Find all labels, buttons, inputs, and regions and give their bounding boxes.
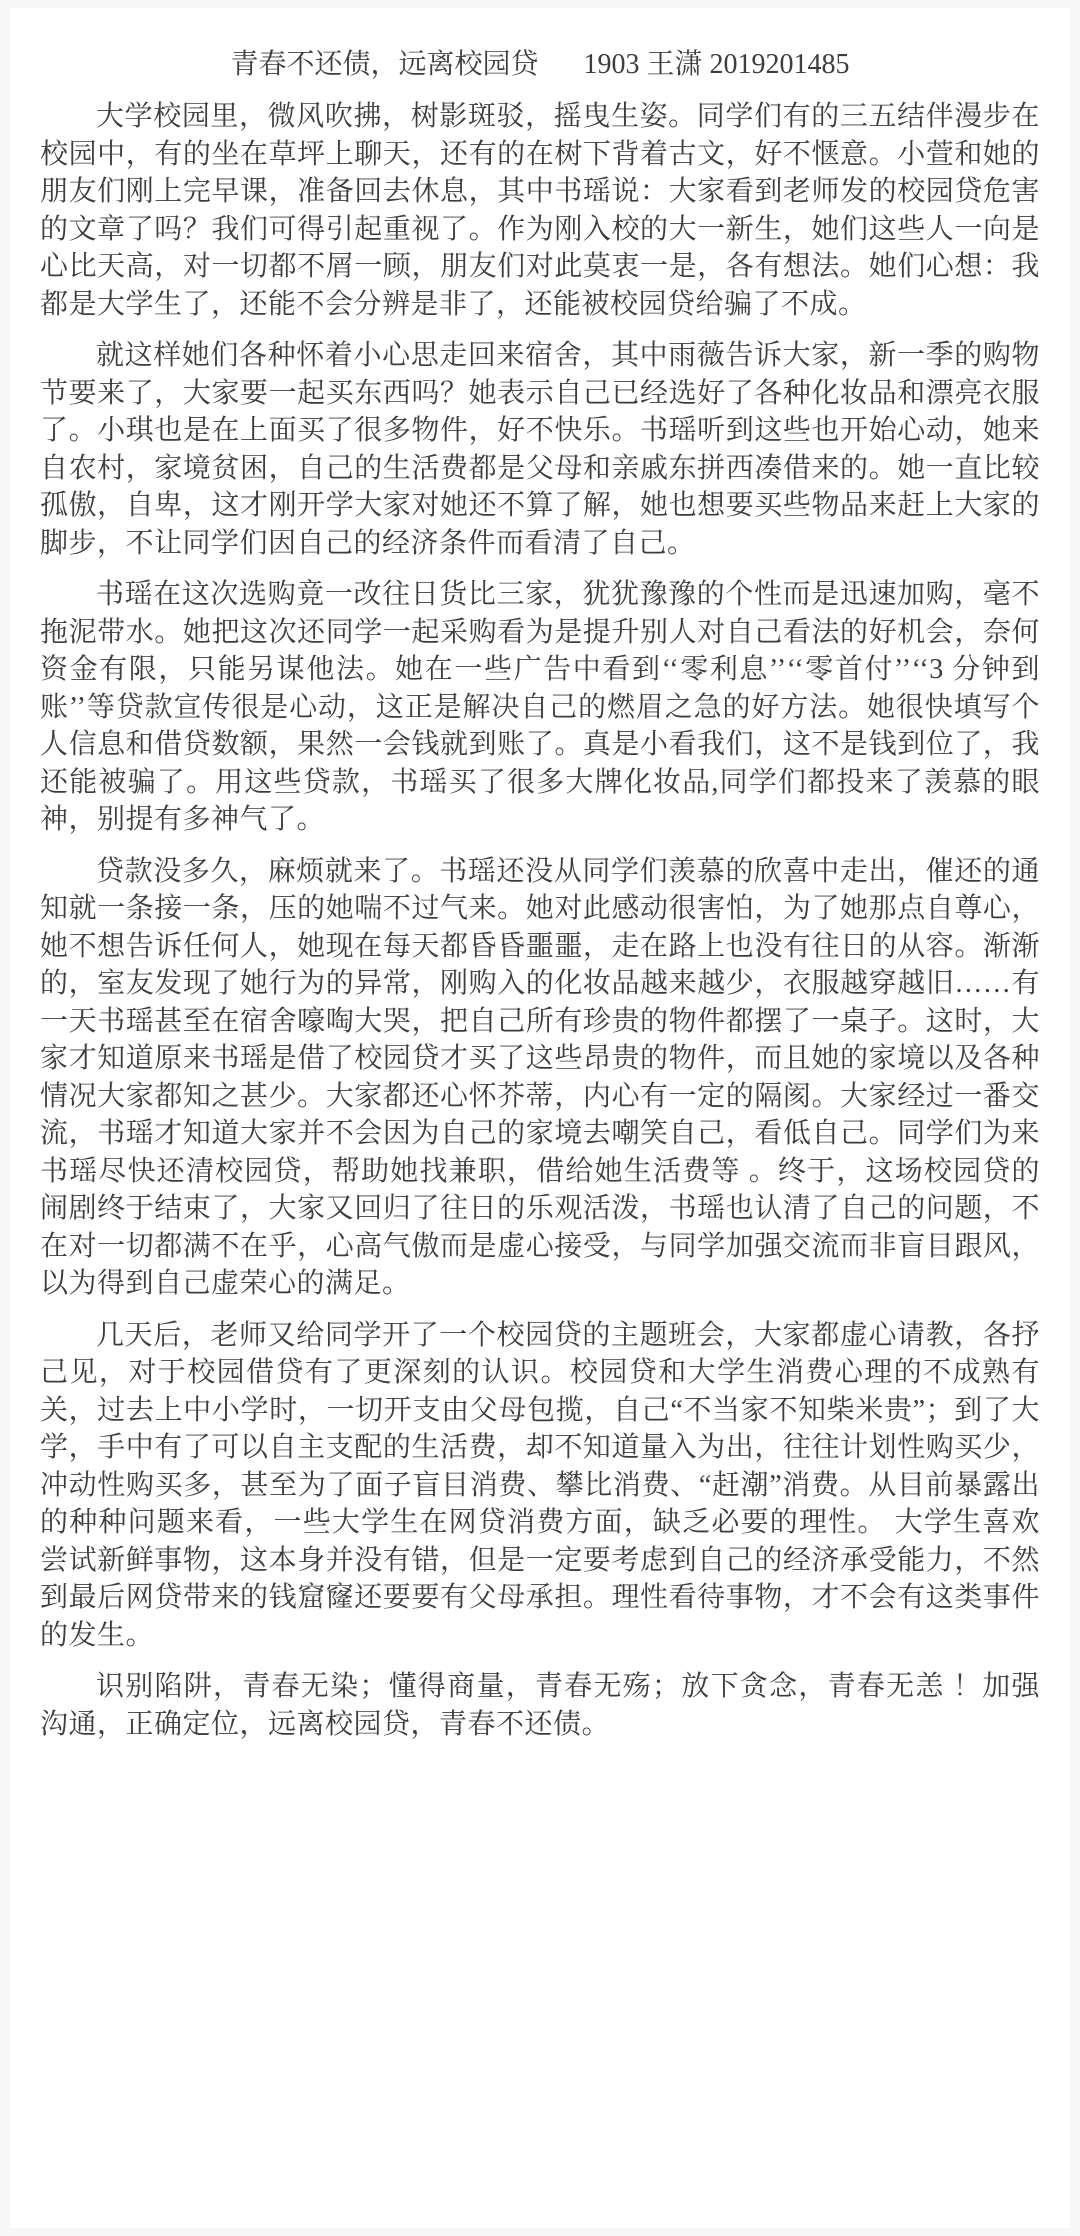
document-page: 青春不还债，远离校园贷 1903 王潇 2019201485 大学校园里，微风吹… xyxy=(10,8,1070,2228)
paragraph-3: 书瑶在这次选购竟一改往日货比三家，犹犹豫豫的个性而是迅速加购，毫不拖泥带水。她把… xyxy=(40,576,1040,839)
paragraph-4: 贷款没多久，麻烦就来了。书瑶还没从同学们羡慕的欣喜中走出，催还的通知就一条接一条… xyxy=(40,853,1040,1303)
document-body: 大学校园里，微风吹拂，树影斑驳，摇曳生姿。同学们有的三五结伴漫步在校园中，有的坐… xyxy=(40,98,1040,1743)
document-title: 青春不还债，远离校园贷 xyxy=(230,46,538,84)
document-viewer: { "doc": { "title": "青春不还债，远离校园贷", "auth… xyxy=(0,0,1080,2236)
paragraph-2: 就这样她们各种怀着小心思走回来宿舍，其中雨薇告诉大家，新一季的购物节要来了，大家… xyxy=(40,337,1040,562)
paragraph-5: 几天后，老师又给同学开了一个校园贷的主题班会，大家都虚心请教，各抒己见，对于校园… xyxy=(40,1317,1040,1655)
document-author: 1903 王潇 2019201485 xyxy=(584,46,850,84)
document-header: 青春不还债，远离校园贷 1903 王潇 2019201485 xyxy=(40,46,1040,84)
paragraph-1: 大学校园里，微风吹拂，树影斑驳，摇曳生姿。同学们有的三五结伴漫步在校园中，有的坐… xyxy=(40,98,1040,323)
paragraph-6: 识别陷阱，青春无染；懂得商量，青春无殇；放下贪念，青春无恙 ！加强沟通，正确定位… xyxy=(40,1668,1040,1743)
